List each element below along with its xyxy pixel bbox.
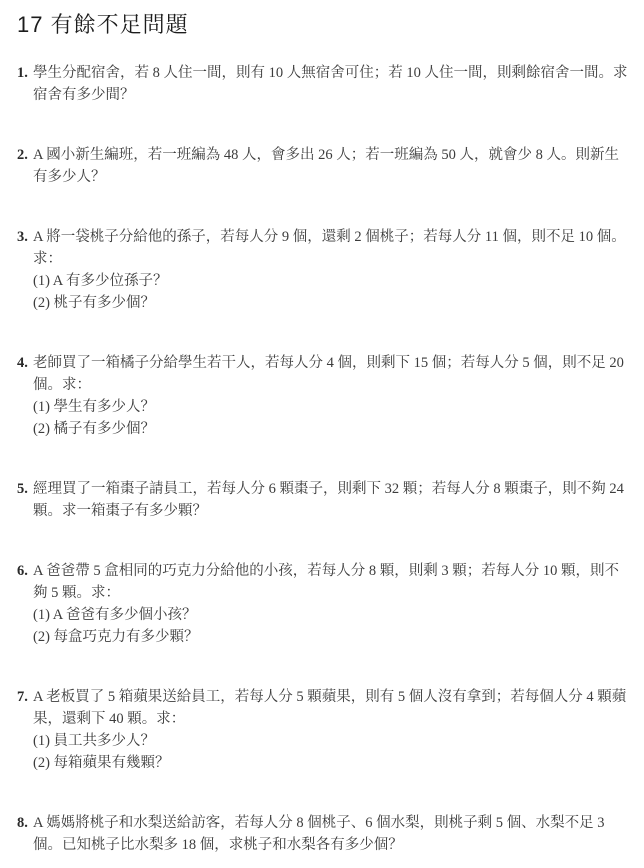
problem-body: 老師買了一箱橘子分給學生若干人，若每人分 4 個，則剩下 15 個；若每人分 5… (33, 352, 630, 440)
problem-subquestion: (1) 員工共多少人？ (33, 730, 630, 752)
problem-body: 學生分配宿舍，若 8 人住一間，則有 10 人無宿舍可住；若 10 人住一間，則… (33, 62, 630, 106)
problem-text: A 媽媽將桃子和水梨送給訪客，若每人分 8 個桃子、6 個水梨，則桃子剩 5 個… (33, 812, 630, 856)
problem-body: A 媽媽將桃子和水梨送給訪客，若每人分 8 個桃子、6 個水梨，則桃子剩 5 個… (33, 812, 630, 856)
problem-item-1: 1. 學生分配宿舍，若 8 人住一間，則有 10 人無宿舍可住；若 10 人住一… (17, 62, 630, 106)
problem-number: 2. (17, 144, 33, 166)
worksheet-page: 17 有餘不足問題 1. 學生分配宿舍，若 8 人住一間，則有 10 人無宿舍可… (0, 0, 644, 868)
problem-item-4: 4. 老師買了一箱橘子分給學生若干人，若每人分 4 個，則剩下 15 個；若每人… (17, 352, 630, 440)
problem-number: 3. (17, 226, 33, 248)
problem-body: 經理買了一箱棗子請員工，若每人分 6 顆棗子，則剩下 32 顆；若每人分 8 顆… (33, 478, 630, 522)
problem-body: A 爸爸帶 5 盒相同的巧克力分給他的小孩，若每人分 8 顆，則剩 3 顆；若每… (33, 560, 630, 648)
problem-number: 8. (17, 812, 33, 834)
problem-text: A 爸爸帶 5 盒相同的巧克力分給他的小孩，若每人分 8 顆，則剩 3 顆；若每… (33, 560, 630, 604)
problem-text: 經理買了一箱棗子請員工，若每人分 6 顆棗子，則剩下 32 顆；若每人分 8 顆… (33, 478, 630, 522)
problem-subquestion: (2) 每盒巧克力有多少顆？ (33, 626, 630, 648)
problem-text: 老師買了一箱橘子分給學生若干人，若每人分 4 個，則剩下 15 個；若每人分 5… (33, 352, 630, 396)
problem-body: A 將一袋桃子分給他的孫子，若每人分 9 個，還剩 2 個桃子；若每人分 11 … (33, 226, 630, 314)
problem-text: A 將一袋桃子分給他的孫子，若每人分 9 個，還剩 2 個桃子；若每人分 11 … (33, 226, 630, 270)
problem-number: 4. (17, 352, 33, 374)
problem-number: 5. (17, 478, 33, 500)
problem-number: 1. (17, 62, 33, 84)
problem-text: A 老板買了 5 箱蘋果送給員工，若每人分 5 顆蘋果，則有 5 個人沒有拿到；… (33, 686, 630, 730)
page-title: 17 有餘不足問題 (17, 12, 630, 38)
problem-item-3: 3. A 將一袋桃子分給他的孫子，若每人分 9 個，還剩 2 個桃子；若每人分 … (17, 226, 630, 314)
problem-item-8: 8. A 媽媽將桃子和水梨送給訪客，若每人分 8 個桃子、6 個水梨，則桃子剩 … (17, 812, 630, 856)
problem-item-5: 5. 經理買了一箱棗子請員工，若每人分 6 顆棗子，則剩下 32 顆；若每人分 … (17, 478, 630, 522)
problem-subquestion: (2) 每箱蘋果有幾顆？ (33, 752, 630, 774)
problem-body: A 國小新生編班，若一班編為 48 人，會多出 26 人；若一班編為 50 人，… (33, 144, 630, 188)
problem-subquestion: (2) 桃子有多少個？ (33, 292, 630, 314)
problem-text: 學生分配宿舍，若 8 人住一間，則有 10 人無宿舍可住；若 10 人住一間，則… (33, 62, 630, 106)
problem-number: 6. (17, 560, 33, 582)
problem-item-2: 2. A 國小新生編班，若一班編為 48 人，會多出 26 人；若一班編為 50… (17, 144, 630, 188)
problem-body: A 老板買了 5 箱蘋果送給員工，若每人分 5 顆蘋果，則有 5 個人沒有拿到；… (33, 686, 630, 774)
problem-subquestion: (1) 學生有多少人？ (33, 396, 630, 418)
problem-item-7: 7. A 老板買了 5 箱蘋果送給員工，若每人分 5 顆蘋果，則有 5 個人沒有… (17, 686, 630, 774)
problem-number: 7. (17, 686, 33, 708)
problem-subquestion: (1) A 有多少位孫子？ (33, 270, 630, 292)
problem-subquestion: (2) 橘子有多少個？ (33, 418, 630, 440)
problem-list: 1. 學生分配宿舍，若 8 人住一間，則有 10 人無宿舍可住；若 10 人住一… (17, 62, 630, 856)
problem-subquestion: (1) A 爸爸有多少個小孩？ (33, 604, 630, 626)
problem-text: A 國小新生編班，若一班編為 48 人，會多出 26 人；若一班編為 50 人，… (33, 144, 630, 188)
problem-item-6: 6. A 爸爸帶 5 盒相同的巧克力分給他的小孩，若每人分 8 顆，則剩 3 顆… (17, 560, 630, 648)
